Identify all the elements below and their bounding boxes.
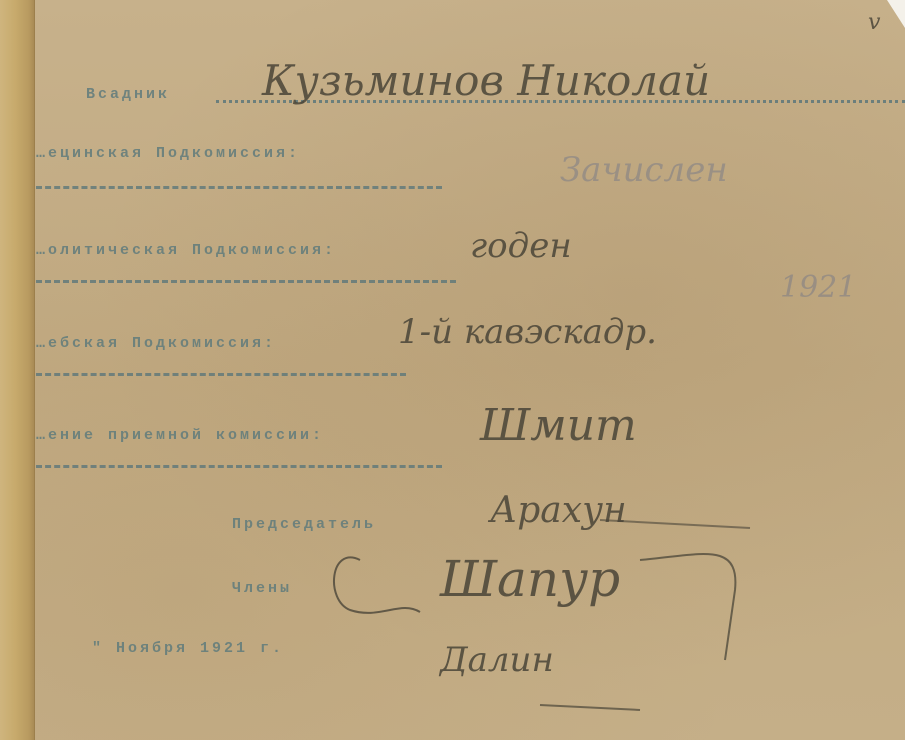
date-line: " Ноября 1921 г.: [92, 640, 284, 657]
signature-flourish: [0, 0, 905, 740]
document-page: Всадник Кузьминов Николай v …ецинская По…: [0, 0, 905, 740]
